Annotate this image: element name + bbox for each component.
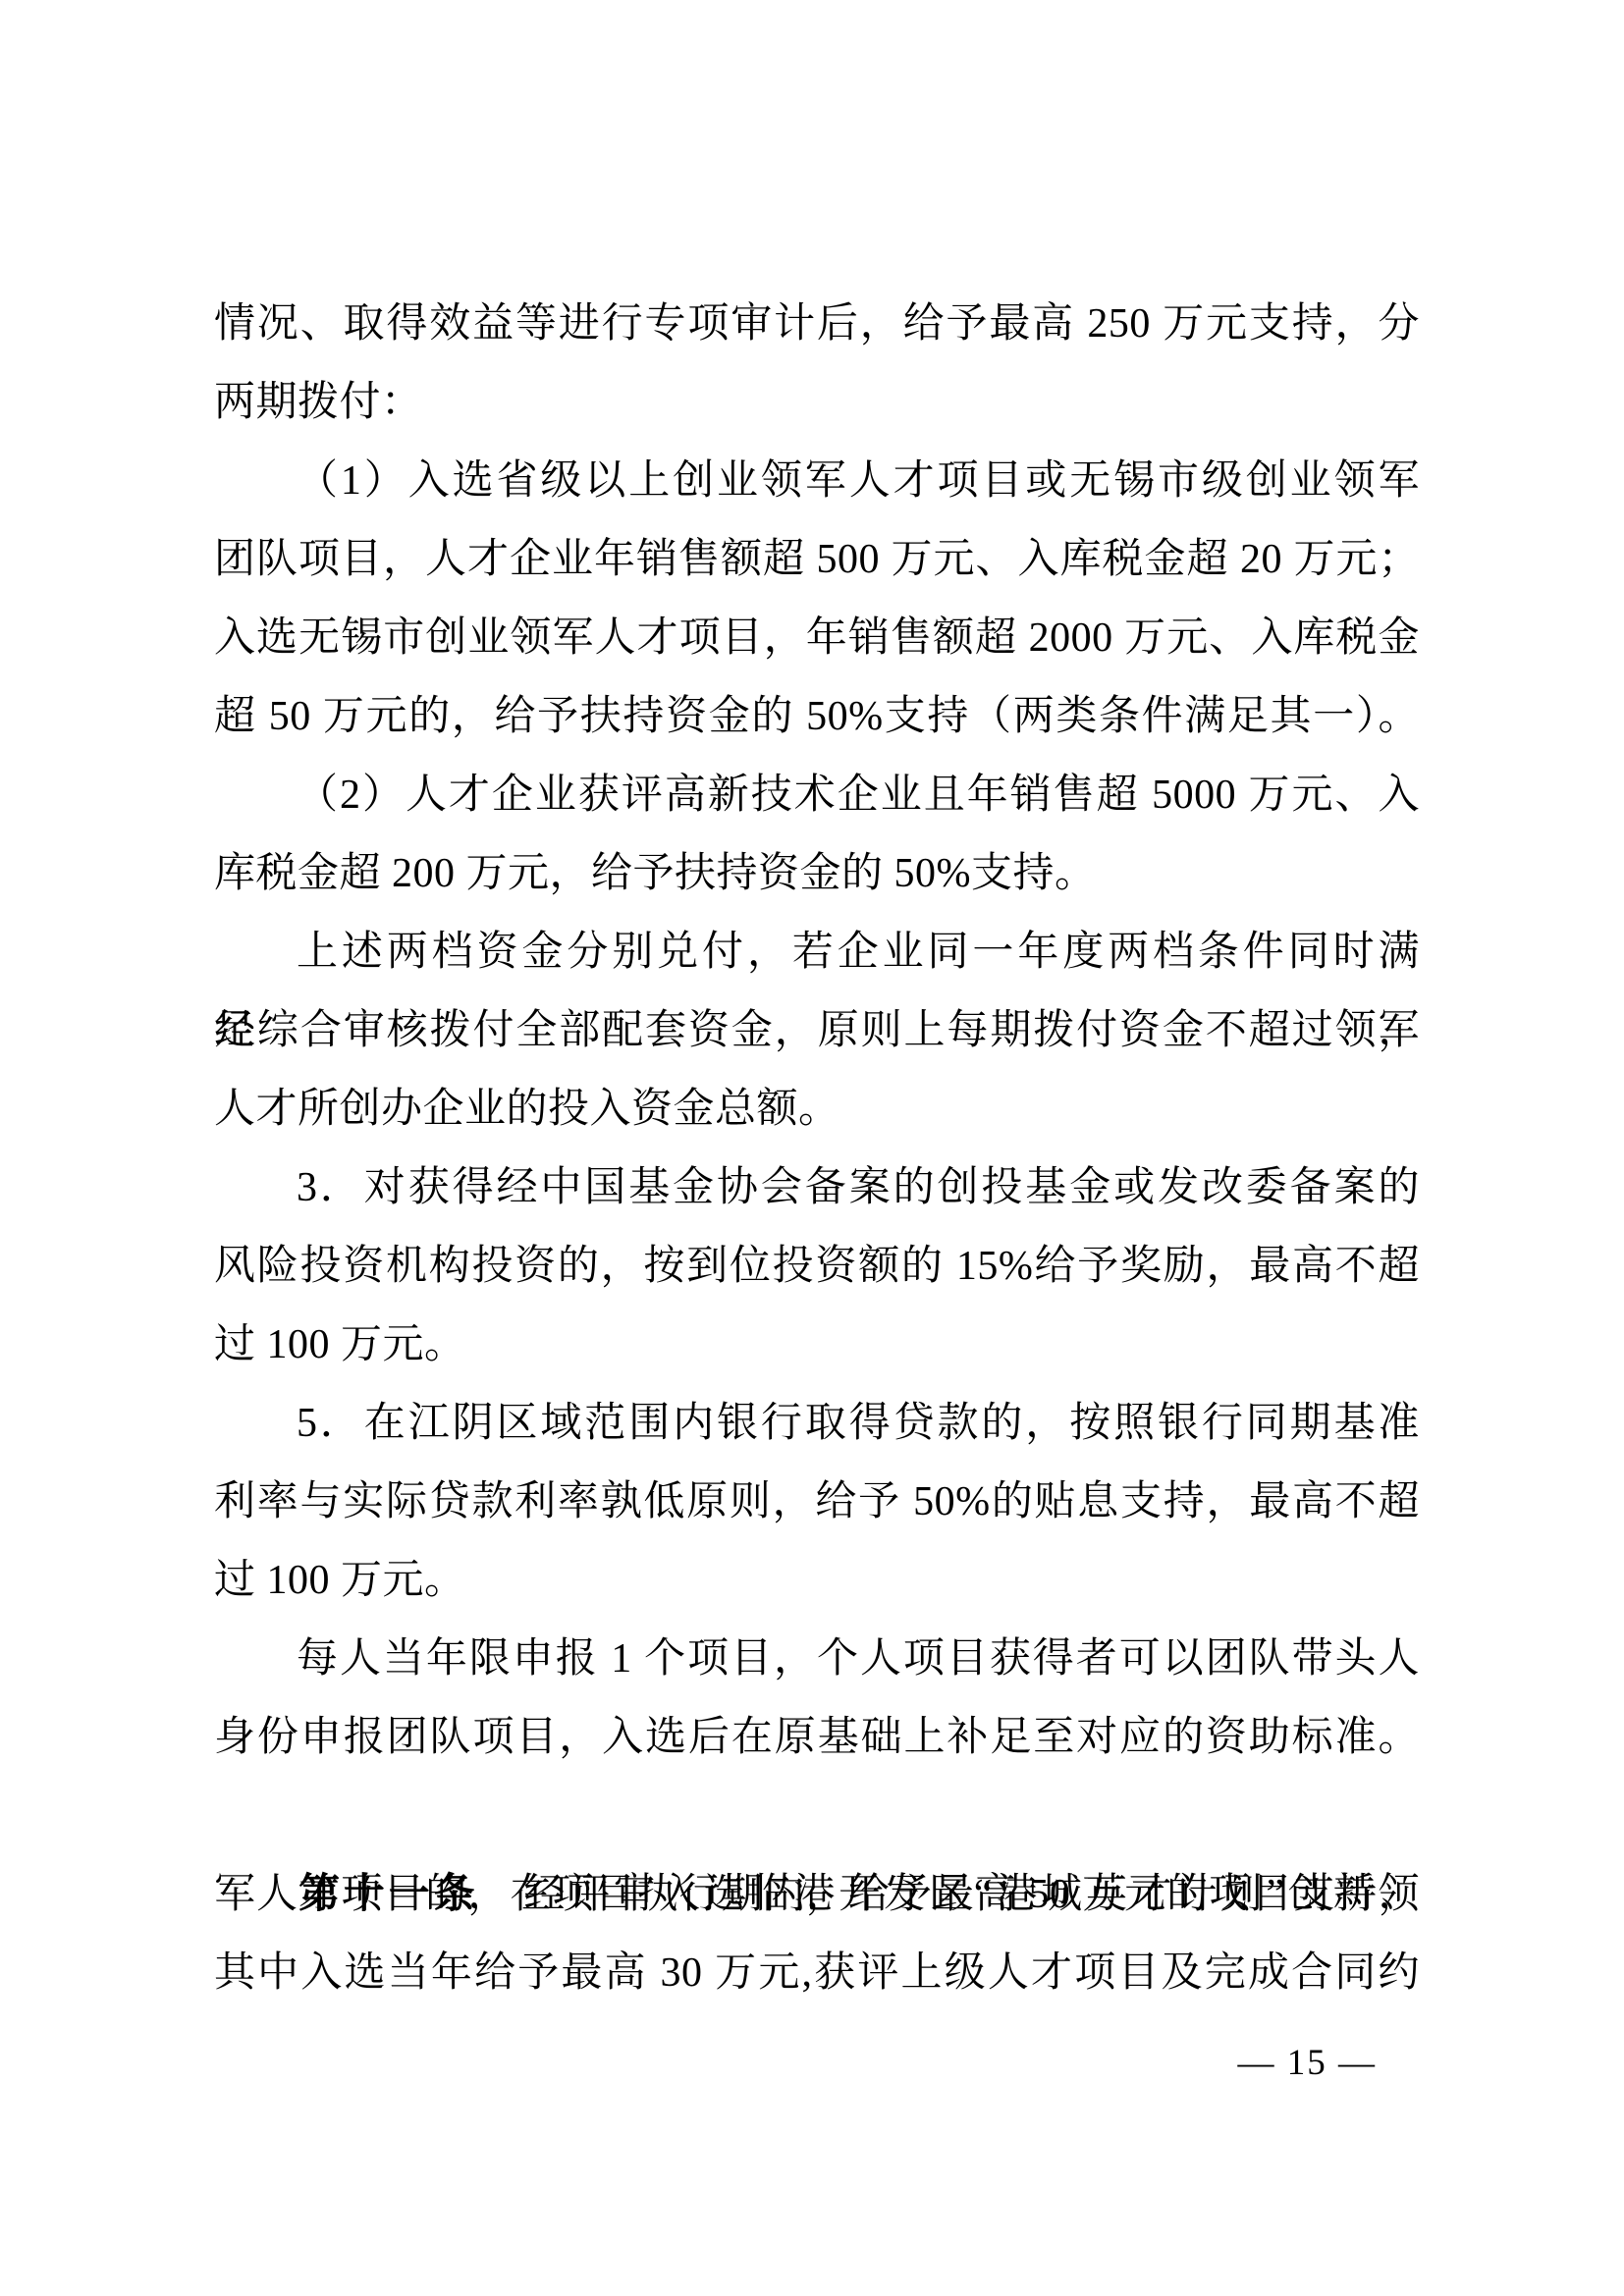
text-line: 库税金超 200 万元，给予扶持资金的 50%支持。 <box>214 834 1420 913</box>
text-line: 人才所创办企业的投入资金总额。 <box>214 1070 1420 1148</box>
document-page: 情况、取得效益等进行专项审计后，给予最高 250 万元支持，分 两期拨付： （1… <box>0 0 1624 2296</box>
text-line: 第十一条 经评审入选临港开发区“港城英才计划”创新领 <box>214 1777 1420 1855</box>
page-number: — 15 — <box>1238 2042 1378 2085</box>
text-line: （2）人才企业获评高新技术企业且年销售超 5000 万元、入 <box>214 756 1420 834</box>
text-line: 入选无锡市创业领军人才项目，年销售额超 2000 万元、入库税金 <box>214 599 1420 677</box>
text-line: 3．对获得经中国基金协会备案的创投基金或发改委备案的 <box>214 1148 1420 1227</box>
text-line: 两期拨付： <box>214 363 1420 442</box>
text-line: 过 100 万元。 <box>214 1306 1420 1384</box>
text-line: 5．在江阴区域范围内银行取得贷款的，按照银行同期基准 <box>214 1384 1420 1463</box>
text-line: 军人才项目的，在项目执行期内，给予最高 50 万元的项目支持， <box>214 1855 1420 1934</box>
text-line: 经综合审核拨付全部配套资金，原则上每期拨付资金不超过领军 <box>214 991 1420 1070</box>
text-line: （1）入选省级以上创业领军人才项目或无锡市级创业领军 <box>214 442 1420 520</box>
text-line: 风险投资机构投资的，按到位投资额的 15%给予奖励，最高不超 <box>214 1227 1420 1306</box>
text-line: 过 100 万元。 <box>214 1541 1420 1620</box>
text-line: 上述两档资金分别兑付，若企业同一年度两档条件同时满足， <box>214 913 1420 991</box>
text-line: 团队项目，人才企业年销售额超 500 万元、入库税金超 20 万元； <box>214 520 1420 599</box>
text-line: 超 50 万元的，给予扶持资金的 50%支持（两类条件满足其一）。 <box>214 677 1420 756</box>
text-line: 身份申报团队项目，入选后在原基础上补足至对应的资助标准。 <box>214 1698 1420 1777</box>
document-body-text: 情况、取得效益等进行专项审计后，给予最高 250 万元支持，分 两期拨付： （1… <box>214 285 1420 2012</box>
text-line: 每人当年限申报 1 个项目，个人项目获得者可以团队带头人 <box>214 1620 1420 1698</box>
text-line: 其中入选当年给予最高 30 万元,获评上级人才项目及完成合同约 <box>214 1934 1420 2012</box>
text-line: 利率与实际贷款利率孰低原则，给予 50%的贴息支持，最高不超 <box>214 1463 1420 1541</box>
text-line: 情况、取得效益等进行专项审计后，给予最高 250 万元支持，分 <box>214 285 1420 363</box>
